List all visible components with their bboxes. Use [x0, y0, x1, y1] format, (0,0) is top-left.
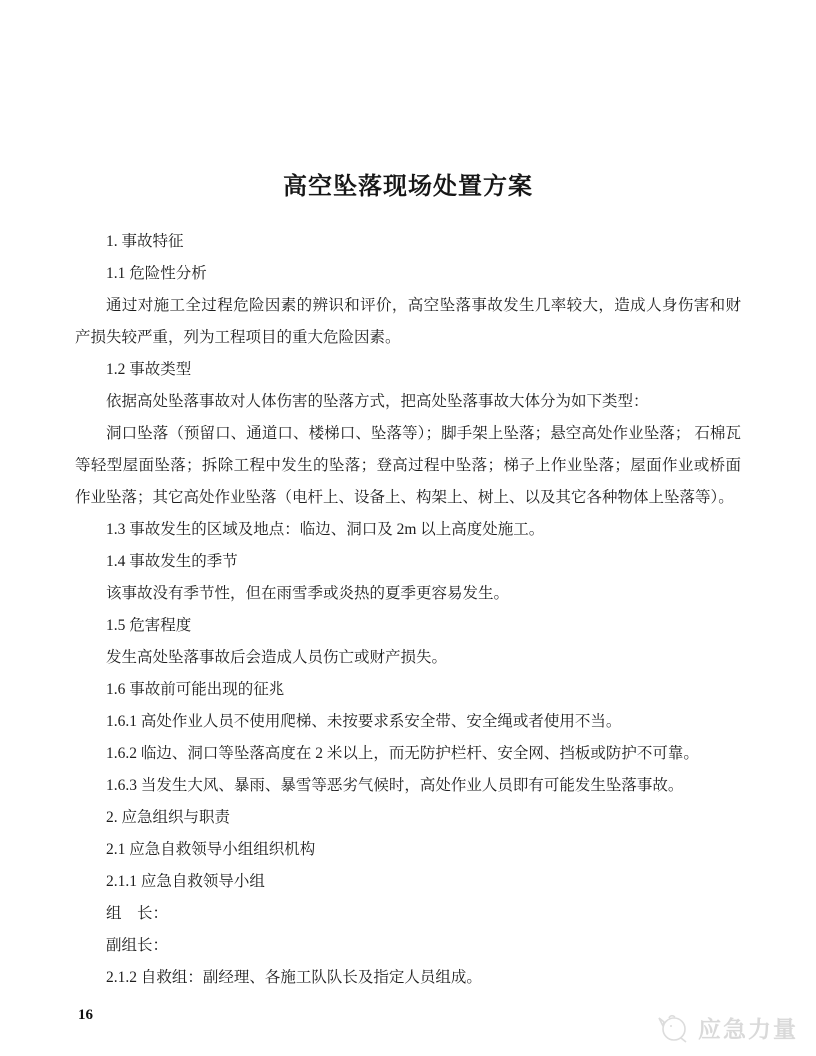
document-body: 1. 事故特征1.1 危险性分析通过对施工全过程危险因素的辨识和评价，高空坠落事…	[75, 226, 741, 994]
paragraph: 1.6.1 高处作业人员不使用爬梯、未按要求系安全带、安全绳或者使用不当。	[75, 706, 741, 738]
paragraph: 发生高处坠落事故后会造成人员伤亡或财产损失。	[75, 642, 741, 674]
paragraph: 洞口坠落（预留口、通道口、楼梯口、坠落等）；脚手架上坠落；悬空高处作业坠落； 石…	[75, 418, 741, 514]
paragraph: 1.6 事故前可能出现的征兆	[75, 674, 741, 706]
paragraph: 该事故没有季节性，但在雨雪季或炎热的夏季更容易发生。	[75, 578, 741, 610]
mascot-icon	[655, 1012, 691, 1044]
paragraph: 副组长：	[75, 930, 741, 962]
paragraph: 1.6.2 临边、洞口等坠落高度在 2 米以上，而无防护栏杆、安全网、挡板或防护…	[75, 738, 741, 770]
paragraph: 2.1.2 自救组：副经理、各施工队队长及指定人员组成。	[75, 962, 741, 994]
paragraph: 1. 事故特征	[75, 226, 741, 258]
paragraph: 2.1.1 应急自救领导小组	[75, 866, 741, 898]
paragraph: 1.5 危害程度	[75, 610, 741, 642]
document-title: 高空坠落现场处置方案	[0, 166, 816, 201]
paragraph: 1.1 危险性分析	[75, 258, 741, 290]
paragraph: 依据高处坠落事故对人体伤害的坠落方式，把高处坠落事故大体分为如下类型：	[75, 386, 741, 418]
paragraph: 1.3 事故发生的区域及地点：临边、洞口及 2m 以上高度处施工。	[75, 514, 741, 546]
paragraph: 1.2 事故类型	[75, 354, 741, 386]
page-number: 16	[78, 1007, 93, 1024]
paragraph: 通过对施工全过程危险因素的辨识和评价，高空坠落事故发生几率较大，造成人身伤害和财…	[75, 290, 741, 354]
document-page: 高空坠落现场处置方案 1. 事故特征1.1 危险性分析通过对施工全过程危险因素的…	[0, 0, 816, 1056]
paragraph: 2. 应急组织与职责	[75, 802, 741, 834]
paragraph: 1.6.3 当发生大风、暴雨、暴雪等恶劣气候时，高处作业人员即有可能发生坠落事故…	[75, 770, 741, 802]
paragraph: 2.1 应急自救领导小组组织机构	[75, 834, 741, 866]
watermark-text: 应急力量	[698, 1011, 798, 1044]
paragraph: 1.4 事故发生的季节	[75, 546, 741, 578]
watermark: 应急力量	[655, 1011, 798, 1044]
paragraph: 组 长：	[75, 898, 741, 930]
